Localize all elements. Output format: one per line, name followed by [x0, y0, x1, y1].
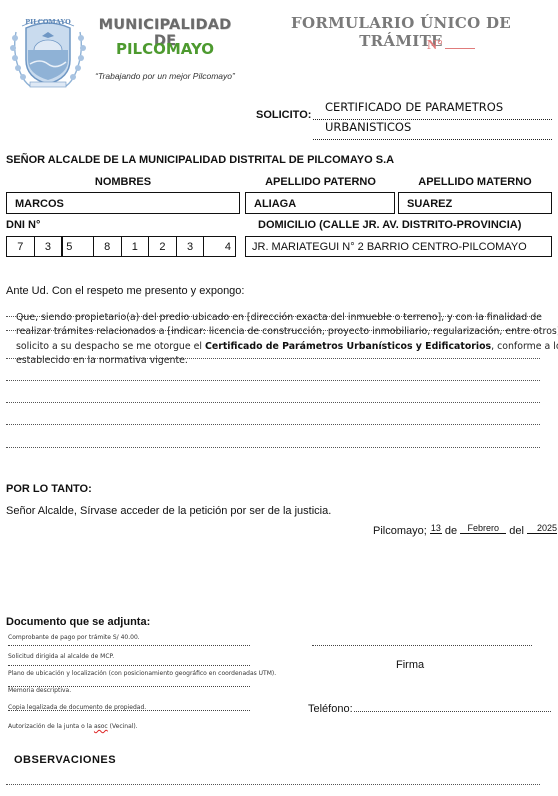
dni-digit[interactable]: 1 — [122, 237, 150, 256]
attachments-heading: Documento que se adjunta: — [6, 616, 150, 628]
request-paragraph[interactable]: Que, siendo propietario(a) del predio ub… — [16, 311, 558, 368]
observaciones-line[interactable] — [6, 784, 540, 785]
attachment-suffix: (Vecinal). — [108, 723, 138, 730]
misspelled-word: asoc — [94, 723, 108, 730]
dotted-line[interactable] — [6, 424, 540, 425]
solicito-label: SOLICITO: — [256, 109, 311, 121]
dotted-line[interactable] — [6, 447, 540, 448]
dni-digit[interactable]: 8 — [94, 237, 122, 256]
domicilio-field[interactable]: JR. MARIATEGUI N° 2 BARRIO CENTRO-PILCOM… — [245, 236, 552, 257]
por-lo-tanto-heading: POR LO TANTO: — [6, 483, 92, 495]
attachment-item: Memoria descriptiva. — [8, 687, 71, 694]
dni-digit[interactable]: 3 — [177, 237, 205, 256]
month-field[interactable]: Febrero — [460, 523, 506, 534]
addressee: SEÑOR ALCALDE DE LA MUNICIPALIDAD DISTRI… — [6, 154, 394, 166]
attachment-item: Solicitud dirigida al alcalde de MCP. — [8, 653, 114, 660]
paragraph-bold: Certificado de Parámetros Urbanísticos y… — [205, 341, 491, 352]
form-number: N° — [427, 38, 475, 54]
attachment-item: Copia legalizada de documento de propied… — [8, 704, 146, 711]
dotted-line[interactable] — [6, 402, 540, 403]
apellido-materno-field[interactable]: SUAREZ — [398, 192, 552, 214]
attachment-item: Comprobante de pago por trámite S/ 40.00… — [8, 634, 140, 641]
intro-text: Ante Ud. Con el respeto me presento y ex… — [6, 285, 244, 297]
slogan: “Trabajando por un mejor Pilcomayo” — [88, 71, 242, 81]
dni-label: DNI N° — [6, 219, 40, 231]
dotted-line — [8, 645, 250, 646]
nombres-label: NOMBRES — [6, 176, 240, 188]
closing-request: Señor Alcalde, Sírvase acceder de la pet… — [6, 505, 331, 517]
apellido-paterno-label: APELLIDO PATERNO — [245, 176, 396, 188]
del-label: del — [509, 525, 524, 537]
dni-digit[interactable]: 5 — [62, 237, 94, 256]
telefono-field[interactable] — [354, 711, 551, 712]
solicito-value-1: CERTIFICADO DE PARAMETROS — [325, 100, 503, 114]
observaciones-label: OBSERVACIONES — [14, 754, 116, 766]
nombres-field[interactable]: MARCOS — [6, 192, 240, 214]
signature-line[interactable] — [312, 645, 532, 646]
dni-digit[interactable]: 3 — [35, 237, 63, 256]
de-label: de — [445, 525, 457, 537]
form-number-field[interactable] — [445, 48, 475, 49]
attachment-item: Autorización de la junta o la asoc (Veci… — [8, 723, 138, 730]
dni-digit[interactable]: 4 — [204, 237, 235, 256]
municipality-name: PILCOMAYO — [96, 40, 234, 58]
municipality-logo-icon: PILCOMAYO — [8, 12, 88, 92]
attachment-text: Autorización de la junta o la — [8, 723, 92, 730]
dotted-line — [8, 665, 250, 666]
firma-label: Firma — [396, 659, 424, 671]
dni-digit[interactable]: 2 — [149, 237, 177, 256]
form-number-label: N° — [427, 38, 443, 53]
telefono-label: Teléfono: — [308, 703, 353, 715]
form-title: FORMULARIO ÚNICO DE TRÁMITE — [275, 14, 527, 50]
dotted-line[interactable] — [6, 380, 540, 381]
domicilio-label: DOMICILIO (CALLE JR. AV. DISTRITO-PROVIN… — [258, 219, 521, 231]
attachment-item: Plano de ubicación y localización (con p… — [8, 670, 276, 677]
apellido-paterno-field[interactable]: ALIAGA — [245, 192, 395, 214]
dni-digit[interactable]: 7 — [7, 237, 35, 256]
date-line: Pilcomayo; 13 de Febrero del 2025 — [373, 525, 557, 537]
solicito-value-2: URBANISTICOS — [325, 120, 411, 134]
dni-field[interactable]: 7 3 5 8 1 2 3 4 — [6, 236, 236, 257]
year-field[interactable]: 2025 — [527, 523, 557, 534]
place-label: Pilcomayo; — [373, 525, 427, 537]
apellido-materno-label: APELLIDO MATERNO — [398, 176, 552, 188]
svg-text:PILCOMAYO: PILCOMAYO — [25, 18, 71, 26]
day-field[interactable]: 13 — [430, 523, 442, 534]
